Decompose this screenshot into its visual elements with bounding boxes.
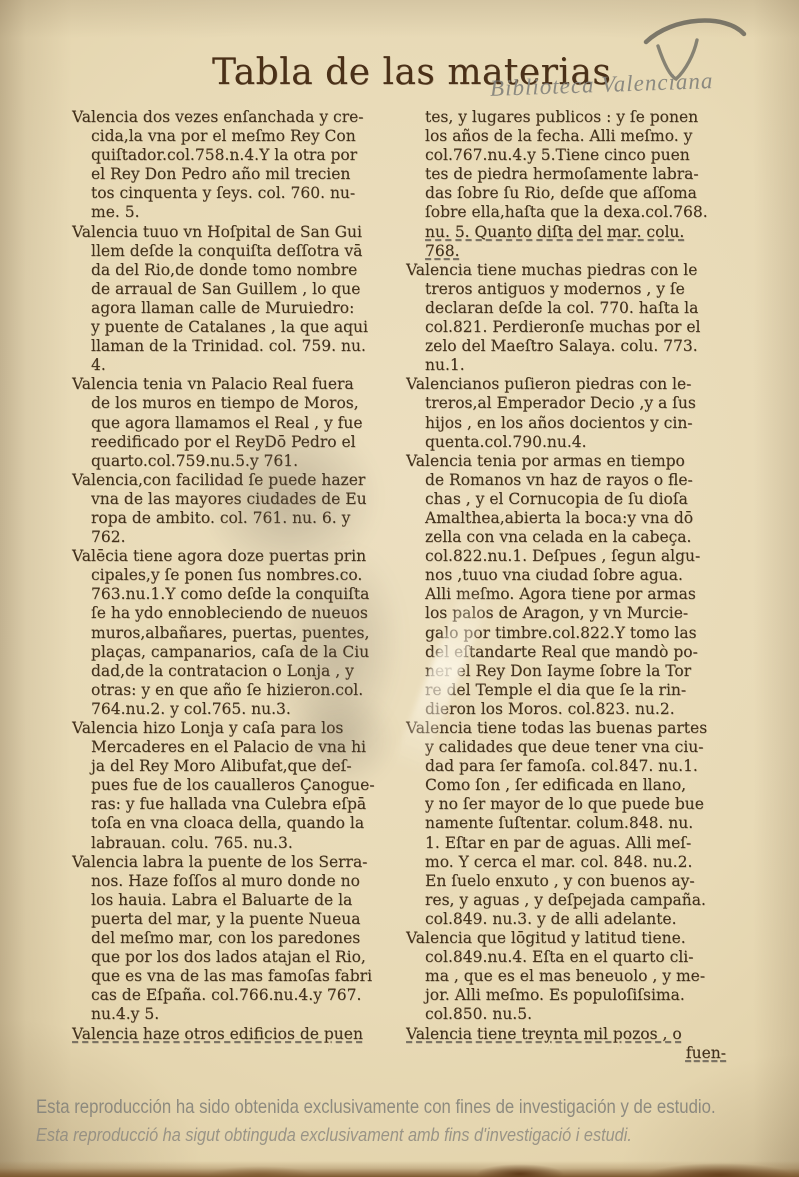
index-line: Valencia haze otros edificios de puen [72,1025,404,1044]
index-line: dieron los Moros. col.823. nu.2. [425,700,756,719]
index-line: Como ſon , ſer edificada en llano, [425,776,756,795]
index-line: Valencia que lōgitud y latitud tiene. [406,929,756,948]
index-line: Valencia labra la puente de los Serra- [72,853,404,872]
index-line: ja del Rey Moro Alibufat,que deſ- [91,757,404,776]
index-line: y no ſer mayor de lo que puede bue [425,795,756,814]
index-line: En ſuelo enxuto , y con buenos ay- [425,872,756,891]
notice-spanish: Esta reproducción ha sido obtenida exclu… [36,1096,690,1119]
index-line: que es vna de las mas famoſas fabri [91,967,404,986]
index-entry: Valencia tiene muchas piedras con letrer… [406,261,756,376]
index-line: del eſtandarte Real que mandò po- [425,643,756,662]
index-line: tes de piedra hermoſamente labra- [425,165,756,184]
index-line: Valencia,con facilidad ſe puede hazer [72,471,404,490]
index-line: 762. [91,528,404,547]
index-line: da del Rio,de donde tomo nombre [91,261,404,280]
index-line: quiſtador.col.758.n.4.Y la otra por [91,146,404,165]
index-line: 1. Eſtar en par de aguas. Alli meſ- [425,834,756,853]
index-line: otras: y en que año ſe hizieron.col. [91,681,404,700]
index-line: cipales,y ſe ponen ſus nombres.co. [91,566,404,585]
index-line: plaças, campanarios, caſa de la Ciu [91,643,404,662]
index-line: me. 5. [91,203,404,222]
index-line: nu. 5. Quanto diſta del mar. colu. [425,223,756,242]
index-line: namente ſuſtentar. colum.848. nu. [425,814,756,833]
index-line: galo por timbre.col.822.Y tomo las [425,624,756,643]
index-line: ras: y fue hallada vna Culebra eſpā [91,795,404,814]
index-line: 764.nu.2. y col.765. nu.3. [91,700,404,719]
index-line: cida,la vna por el meſmo Rey Con [91,127,404,146]
index-line: de los muros en tiempo de Moros, [91,394,404,413]
index-line: re del Temple el dia que ſe la rin- [425,681,756,700]
index-line: Valēcia tiene agora doze puertas prin [72,547,404,566]
index-line: chas , y el Cornucopia de ſu dioſa [425,490,756,509]
index-line: puerta del mar, y la puente Nueua [91,910,404,929]
index-line: quenta.col.790.nu.4. [425,433,756,452]
index-line: Valencia tiene todas las buenas partes [406,719,756,738]
index-line: ma , que es el mas beneuolo , y me- [425,967,756,986]
index-line: ropa de ambito. col. 761. nu. 6. y [91,509,404,528]
index-entry: Valencianos puſieron piedras con le-trer… [406,375,756,451]
index-entry: Valencia tenia vn Palacio Real fuerade l… [72,375,404,470]
index-column-left: Valencia dos vezes enſanchada y cre-cida… [72,108,404,1044]
index-line: Valencia tenia vn Palacio Real fuera [72,375,404,394]
index-line: Valencia tiene treynta mil pozos , o [406,1025,756,1044]
index-entry: tes, y lugares publicos : y ſe ponenlos … [406,108,756,261]
index-line: del meſmo mar, con los paredones [91,929,404,948]
index-line: agora llaman calle de Muruiedro: [91,299,404,318]
index-line: tes, y lugares publicos : y ſe ponen [425,108,756,127]
index-line: tos cinquenta y ſeys. col. 760. nu- [91,184,404,203]
index-entry: Valencia que lōgitud y latitud tiene.col… [406,929,756,1024]
notice-catalan: Esta reproducció ha sigut obtinguda excl… [36,1124,705,1146]
index-line: col.849.nu.4. Eſta en el quarto cli- [425,948,756,967]
index-line: Amalthea,abierta la boca:y vna dō [425,509,756,528]
index-line: dad para ſer famoſa. col.847. nu.1. [425,757,756,776]
index-column-right: tes, y lugares publicos : y ſe ponenlos … [406,108,756,1063]
index-line: dad,de la contratacion o Lonja , y [91,662,404,681]
index-line: que agora llamamos el Real , y fue [91,414,404,433]
scanned-book-page: Tabla de las materias Biblioteca Valenci… [0,0,799,1177]
index-line: ſe ha ydo ennobleciendo de nueuos [91,604,404,623]
index-line: los palos de Aragon, y vn Murcie- [425,604,756,623]
index-line: llem deſde la conquiſta deſſotra vā [91,242,404,261]
index-line: nos ,tuuo vna ciudad ſobre agua. [425,566,756,585]
index-line: y puente de Catalanes , la que aqui [91,318,404,337]
index-line: de arraual de San Guillem , lo que [91,280,404,299]
index-line: zella con vna celada en la cabeça. [425,528,756,547]
index-line: 4. [91,356,404,375]
index-line: reedificado por el ReyDō Pedro el [91,433,404,452]
index-line: nu.4.y 5. [91,1005,404,1024]
index-line: que por los dos lados atajan el Rio, [91,948,404,967]
index-line: mo. Y cerca el mar. col. 848. nu.2. [425,853,756,872]
index-entry: Valēcia tiene agora doze puertas princip… [72,547,404,719]
index-line: treros antiguos y modernos , y ſe [425,280,756,299]
index-line: labrauan. colu. 765. nu.3. [91,834,404,853]
index-line: col.821. Perdieronſe muchas por el [425,318,756,337]
index-line: Valencia tuuo vn Hoſpital de San Gui [72,223,404,242]
index-line: llaman de la Trinidad. col. 759. nu. [91,337,404,356]
index-line: de Romanos vn haz de rayos o fle- [425,471,756,490]
index-line: y calidades que deue tener vna ciu- [425,738,756,757]
index-line: das ſobre ſu Rio, deſde que aſſoma [425,184,756,203]
index-line: ſobre ella,haſta que la dexa.col.768. [425,203,756,222]
index-line: Valencianos puſieron piedras con le- [406,375,756,394]
index-line: Valencia dos vezes enſanchada y cre- [72,108,404,127]
index-line: vna de las mayores ciudades de Eu [91,490,404,509]
index-line: jor. Alli meſmo. Es populoſiſsima. [425,986,756,1005]
index-line: Mercaderes en el Palacio de vna hi [91,738,404,757]
index-entry: Valencia labra la puente de los Serra-no… [72,853,404,1025]
index-line: cas de Eſpaña. col.766.nu.4.y 767. [91,986,404,1005]
index-line: muros,albañares, puertas, puentes, [91,624,404,643]
index-entry: Valencia tiene todas las buenas partesy … [406,719,756,929]
index-line: Valencia tiene muchas piedras con le [406,261,756,280]
catchword: fuen- [406,1044,756,1063]
index-line: col.767.nu.4.y 5.Tiene cinco puen [425,146,756,165]
index-line: 768. [425,242,756,261]
index-entry: Valencia dos vezes enſanchada y cre-cida… [72,108,404,223]
index-line: nu.1. [425,356,756,375]
index-line: pues fue de los caualleros Çanogue- [91,776,404,795]
index-entry: Valencia haze otros edificios de puen [72,1025,404,1044]
index-entry: Valencia tenia por armas en tiempode Rom… [406,452,756,719]
index-line: ner el Rey Don Iayme ſobre la Tor [425,662,756,681]
reproduction-notice: Esta reproducción ha sido obtenida exclu… [36,1096,796,1146]
index-line: nos. Haze foſſos al muro donde no [91,872,404,891]
index-line: Valencia hizo Lonja y caſa para los [72,719,404,738]
index-line: col.850. nu.5. [425,1005,756,1024]
index-line: quarto.col.759.nu.5.y 761. [91,452,404,471]
index-line: el Rey Don Pedro año mil trecien [91,165,404,184]
index-line: 763.nu.1.Y como deſde la conquiſta [91,585,404,604]
index-line: zelo del Maeſtro Salaya. colu. 773. [425,337,756,356]
index-line: los años de la fecha. Alli meſmo. y [425,127,756,146]
index-line: hijos , en los años docientos y cin- [425,414,756,433]
index-line: los hauia. Labra el Baluarte de la [91,891,404,910]
index-entry: Valencia tuuo vn Hoſpital de San Guillem… [72,223,404,376]
index-line: Alli meſmo. Agora tiene por armas [425,585,756,604]
scan-bottom-edge [0,1161,799,1177]
index-line: Valencia tenia por armas en tiempo [406,452,756,471]
index-line: treros,al Emperador Decio ,y a ſus [425,394,756,413]
index-line: col.849. nu.3. y de alli adelante. [425,910,756,929]
index-entry: Valencia,con facilidad ſe puede hazervna… [72,471,404,547]
index-entry: Valencia hizo Lonja y caſa para losMerca… [72,719,404,853]
index-line: toſa en vna cloaca della, quando la [91,814,404,833]
index-line: col.822.nu.1. Deſpues , ſegun algu- [425,547,756,566]
index-line: declaran deſde la col. 770. haſta la [425,299,756,318]
index-line: res, y aguas , y deſpejada campaña. [425,891,756,910]
index-entry: Valencia tiene treynta mil pozos , o [406,1025,756,1044]
